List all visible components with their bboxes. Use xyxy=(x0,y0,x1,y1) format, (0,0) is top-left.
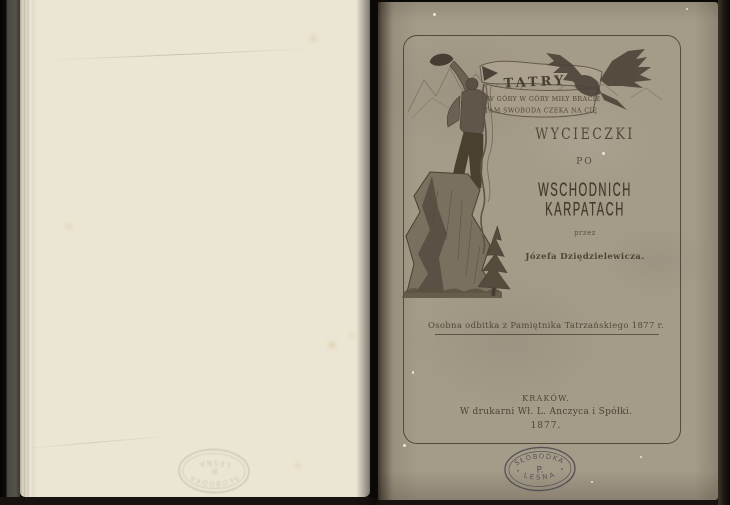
page-crease xyxy=(20,435,170,449)
stamp-ornament-right: ⋄ xyxy=(560,467,563,473)
climber-icon xyxy=(430,54,487,188)
raised-hat xyxy=(430,54,453,66)
byline-prefix: przez xyxy=(470,230,700,237)
book-title: WYCIECZKI xyxy=(470,126,700,142)
title-vignette: TATRY W GÓRY W GÓRY MIŁY BRACIE TAM SWOB… xyxy=(402,40,682,305)
imprint-city: KRAKÓW. xyxy=(416,395,676,403)
book-cover-right-edge xyxy=(718,0,730,505)
page-crease xyxy=(45,48,315,61)
svg-text:SŁOBODKA: SŁOBODKA xyxy=(187,473,240,488)
book-subtitle: WSCHODNICH KARPATACH xyxy=(499,181,672,220)
stamp-ornament-left: ⋄ xyxy=(516,468,519,474)
imprint-printer: W drukarni Wł. L. Anczyca i Spółki. xyxy=(416,408,676,417)
motto-line-1: W GÓRY W GÓRY MIŁY BRACIE xyxy=(487,95,600,103)
banner-title: TATRY xyxy=(503,73,566,91)
stamp-bleedthrough: SŁOBODKA LESNA P. xyxy=(175,441,254,496)
stamp-text-middle: P. xyxy=(536,465,543,475)
motto-line-2: TAM SWOBODA CZEKA NA CIĘ xyxy=(485,108,598,115)
library-stamp: SŁOBODKA LESNA P. ⋄ ⋄ xyxy=(500,443,580,500)
author-name: Józefa Dziędzielewicza. xyxy=(470,253,700,262)
title-connector: PO xyxy=(470,158,700,167)
imprint-year: 1877. xyxy=(416,422,676,431)
edition-note: Osobna odbitka z Pamiętnika Tatrzańskieg… xyxy=(416,322,676,331)
book-scan: SŁOBODKA LESNA P. xyxy=(0,0,730,505)
edition-note-rule xyxy=(435,334,659,335)
svg-text:P.: P. xyxy=(210,464,217,474)
left-blank-page: SŁOBODKA LESNA P. xyxy=(20,0,370,497)
book-cover-left-edge xyxy=(0,0,20,505)
page-gutter-shadow xyxy=(356,0,392,505)
